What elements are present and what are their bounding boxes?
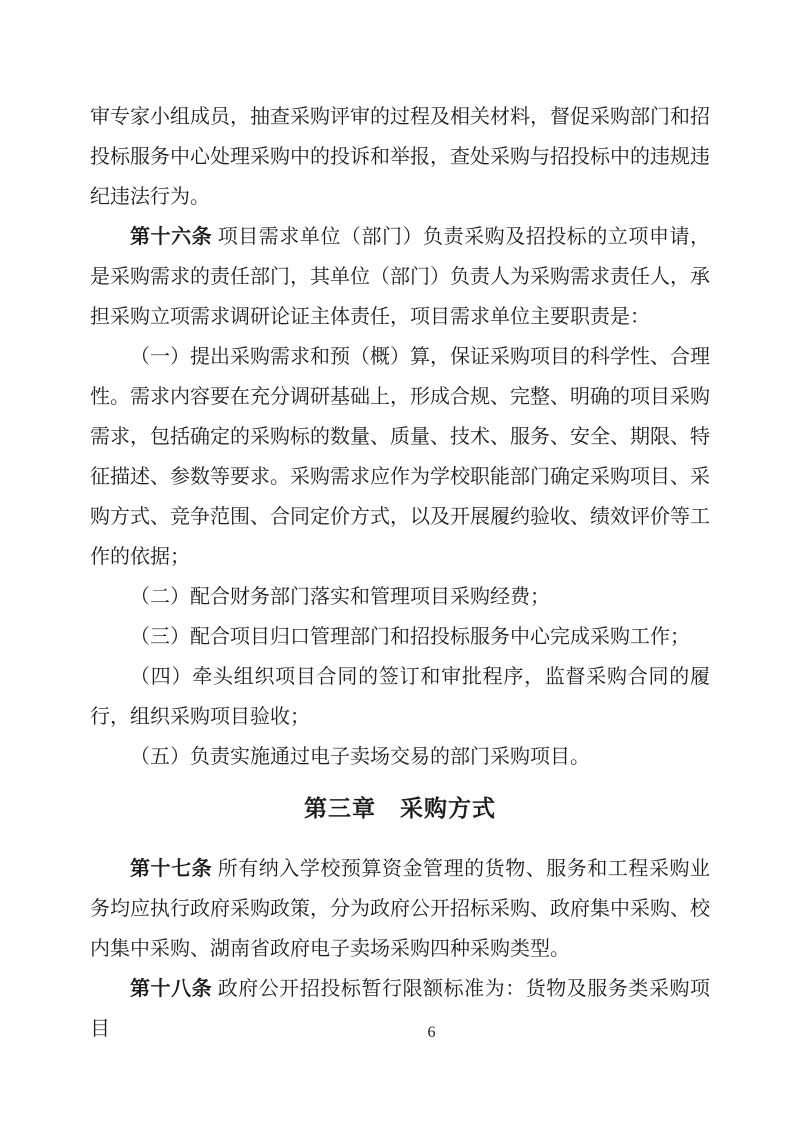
paragraph-text: （三）配合项目归口管理部门和招投标服务中心完成采购工作；	[130, 626, 690, 648]
paragraph-text: （一）提出采购需求和预（概）算，保证采购项目的科学性、合理性。需求内容要在充分调…	[90, 346, 710, 568]
paragraph-item-3: （三）配合项目归口管理部门和招投标服务中心完成采购工作；	[90, 617, 710, 657]
article-18-label: 第十八条	[130, 978, 212, 1000]
paragraph-item-1: （一）提出采购需求和预（概）算，保证采购项目的科学性、合理性。需求内容要在充分调…	[90, 337, 710, 577]
paragraph-continuation: 审专家小组成员，抽查采购评审的过程及相关材料，督促采购部门和招投标服务中心处理采…	[90, 97, 710, 217]
paragraph-text: （二）配合财务部门落实和管理项目采购经费；	[130, 586, 550, 608]
chapter-heading: 第三章 采购方式	[90, 787, 710, 831]
paragraph-item-2: （二）配合财务部门落实和管理项目采购经费；	[90, 577, 710, 617]
paragraph-article-17: 第十七条 所有纳入学校预算资金管理的货物、服务和工程采购业务均应执行政府采购政策…	[90, 849, 710, 969]
document-page: 审专家小组成员，抽查采购评审的过程及相关材料，督促采购部门和招投标服务中心处理采…	[0, 0, 793, 1122]
article-16-label: 第十六条	[130, 226, 212, 248]
paragraph-item-5: （五）负责实施通过电子卖场交易的部门采购项目。	[90, 737, 710, 777]
document-body: 审专家小组成员，抽查采购评审的过程及相关材料，督促采购部门和招投标服务中心处理采…	[90, 97, 710, 1049]
paragraph-text: 审专家小组成员，抽查采购评审的过程及相关材料，督促采购部门和招投标服务中心处理采…	[90, 106, 710, 208]
paragraph-article-16: 第十六条 项目需求单位（部门）负责采购及招投标的立项申请，是采购需求的责任部门，…	[90, 217, 710, 337]
paragraph-item-4: （四）牵头组织项目合同的签订和审批程序，监督采购合同的履行，组织采购项目验收；	[90, 657, 710, 737]
article-17-label: 第十七条	[130, 858, 212, 880]
paragraph-text: （四）牵头组织项目合同的签订和审批程序，监督采购合同的履行，组织采购项目验收；	[90, 666, 710, 728]
page-number: 6	[35, 1024, 793, 1042]
paragraph-text: （五）负责实施通过电子卖场交易的部门采购项目。	[130, 746, 590, 768]
